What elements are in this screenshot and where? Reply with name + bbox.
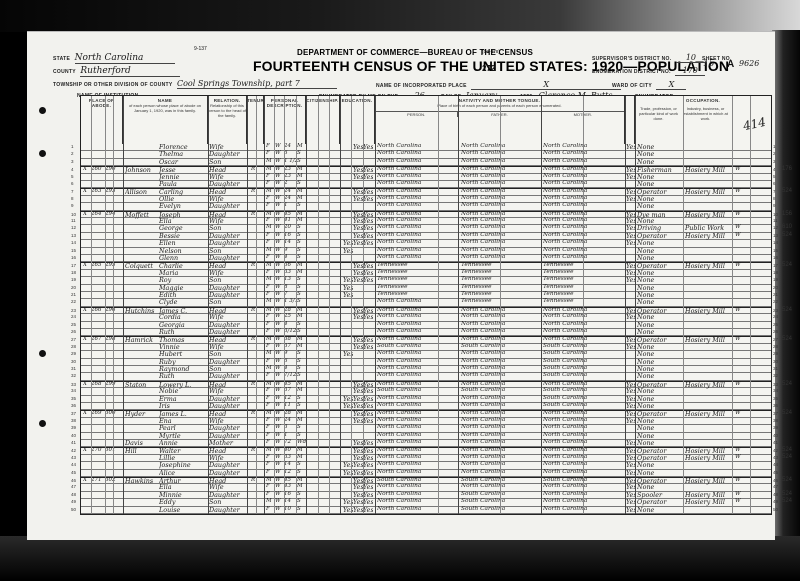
cell-sex: F — [266, 343, 274, 349]
cell-sex: F — [266, 469, 274, 475]
cell-marital: M — [297, 166, 306, 172]
line-number-right: 39 — [773, 425, 778, 430]
cell-father-bp: North Carolina — [461, 254, 533, 260]
cell-relation: Daughter — [209, 254, 246, 262]
occupation-code: 524 — [782, 381, 792, 387]
line-number: 11 — [71, 218, 76, 223]
cell-sex: F — [266, 417, 274, 423]
cell-sex: F — [266, 461, 274, 467]
cell-given: Alice — [159, 469, 207, 477]
cell-marital: M — [297, 262, 306, 268]
cell-class: W — [735, 262, 749, 268]
line-number-right: 10 — [773, 212, 778, 217]
cell-age: 24 — [284, 143, 296, 149]
cell-father-bp: North Carolina — [461, 483, 533, 489]
cell-marital: M — [297, 211, 306, 217]
occupation-code: 524 — [782, 454, 792, 460]
cell-marital: M — [297, 269, 306, 275]
line-number: 49 — [71, 499, 76, 504]
cell-occupation: None — [637, 469, 683, 477]
cell-mother-bp: North Carolina — [543, 239, 615, 245]
education-header: EDUCATION. — [340, 96, 374, 103]
cell-english: Yes — [626, 469, 635, 477]
line-number-right: 37 — [773, 411, 778, 416]
cell-race: W — [275, 291, 283, 297]
cell-industry: Hosiery Mill — [685, 498, 731, 506]
column-divider — [318, 96, 319, 514]
col-group-relation: RELATION.Relationship of this person to … — [208, 96, 247, 144]
line-number: 26 — [71, 329, 76, 334]
cell-mother-bp: South Carolina — [543, 395, 615, 401]
cell-age: 16 — [284, 491, 296, 497]
relation-header: RELATION. — [208, 96, 246, 103]
cell-age: 72 — [284, 439, 296, 445]
line-number: 6 — [71, 181, 74, 186]
cell-mother-bp: North Carolina — [543, 166, 615, 172]
cell-age: 9 — [284, 350, 296, 356]
cell-read: Yes — [353, 469, 363, 477]
cell-age: 40 — [284, 447, 296, 453]
cell-race: W — [275, 328, 283, 334]
cell-relation: Daughter — [209, 402, 246, 410]
cell-race: W — [275, 402, 283, 408]
cell-father-bp: North Carolina — [461, 395, 533, 401]
cell-family: 298 — [105, 336, 119, 342]
cell-father-bp: North Carolina — [461, 410, 533, 416]
cell-english: Yes — [626, 276, 635, 284]
cell-age: 45 — [284, 381, 296, 387]
cell-write: Yes — [363, 143, 373, 151]
cell-family: 299 — [105, 381, 119, 387]
column-divider — [329, 96, 330, 514]
cell-marital: M — [297, 410, 306, 416]
cell-write: Yes — [363, 506, 373, 514]
occupation-code: 524 — [782, 262, 792, 268]
line-number: 44 — [71, 462, 76, 467]
cell-occupation: None — [637, 328, 683, 336]
cell-father-bp: North Carolina — [461, 247, 533, 253]
cell-race: W — [275, 395, 283, 401]
cell-family: 290 — [105, 166, 119, 172]
cell-mark: X — [83, 410, 91, 416]
cell-dwelling: 270 — [91, 447, 105, 453]
cell-given: Glenn — [159, 254, 207, 262]
binding-hole — [39, 107, 46, 114]
cell-father-bp: North Carolina — [461, 454, 533, 460]
cell-class: W — [735, 211, 749, 217]
cell-class: W — [735, 477, 749, 483]
cell-mother-bp: North Carolina — [543, 498, 615, 504]
cell-father-bp: North Carolina — [461, 447, 533, 453]
cell-age: 24 — [284, 195, 296, 201]
line-number-right: 48 — [773, 492, 778, 497]
cell-race: W — [275, 350, 283, 356]
cell-mark: X — [83, 381, 91, 387]
cell-age: 45 — [284, 211, 296, 217]
line-number-right: 26 — [773, 329, 778, 334]
line-number: 45 — [71, 470, 76, 475]
cell-mother-bp: South Carolina — [543, 350, 615, 356]
cell-english: Yes — [626, 343, 635, 351]
cell-mother-bp: North Carolina — [543, 307, 615, 313]
cell-race: W — [275, 381, 283, 387]
cell-marital: M — [297, 188, 306, 194]
cell-father-bp: North Carolina — [461, 313, 533, 319]
line-number-right: 35 — [773, 396, 778, 401]
cell-sex: F — [266, 173, 274, 179]
line-number-right: 14 — [773, 240, 778, 245]
cell-race: W — [275, 313, 283, 319]
cell-sex: F — [266, 284, 274, 290]
cell-mother-bp: North Carolina — [543, 254, 615, 260]
table-row: IrisDaughterFW11SYesYesYesNorth Carolina… — [81, 403, 771, 410]
cell-father-bp: North Carolina — [461, 424, 533, 430]
cell-father-bp: North Carolina — [461, 461, 533, 467]
cell-marital: M — [297, 417, 306, 423]
cell-age: 1 3/12 — [284, 298, 296, 304]
binding-hole — [39, 350, 46, 357]
cell-marital: S — [297, 395, 306, 401]
cell-sex: F — [266, 202, 274, 208]
cell-dwelling: 267 — [91, 336, 105, 342]
column-divider — [458, 96, 459, 514]
line-number: 28 — [71, 344, 76, 349]
cell-marital: S — [297, 232, 306, 238]
cell-dwelling: 260 — [91, 166, 105, 172]
cell-age: 24 — [284, 417, 296, 423]
col-group-citizenship: CITIZENSHIP. — [306, 96, 340, 144]
col-english — [625, 96, 635, 144]
line-number-right: 15 — [773, 248, 778, 253]
cell-sex: F — [266, 432, 274, 438]
column-divider — [750, 96, 751, 514]
cell-race: W — [275, 506, 283, 512]
cell-mother-bp: North Carolina — [543, 180, 615, 186]
cell-marital: S — [297, 328, 306, 334]
cell-dwelling: 269 — [91, 410, 105, 416]
cell-relation: Daughter — [209, 328, 246, 336]
cell-marital: S — [297, 321, 306, 327]
cell-father-bp: North Carolina — [461, 195, 533, 201]
cell-write: Yes — [363, 402, 373, 410]
cell-marital: S — [297, 202, 306, 208]
cell-father-bp: North Carolina — [461, 180, 533, 186]
cell-age: 33 — [284, 454, 296, 460]
cell-dwelling: 271 — [91, 477, 105, 483]
cell-english: Yes — [626, 506, 635, 514]
cell-age: 37 — [284, 387, 296, 393]
cell-family: 302 — [105, 477, 119, 483]
line-number: 14 — [71, 240, 76, 245]
column-divider — [732, 96, 733, 514]
cell-sex: F — [266, 402, 274, 408]
cell-sex: M — [266, 276, 274, 282]
cell-race: W — [275, 483, 283, 489]
page-number: 272 — [482, 64, 495, 73]
cell-father-bp: South Carolina — [461, 491, 533, 497]
scan-dark-border-bottom — [0, 536, 800, 581]
cell-age: 4 — [284, 365, 296, 371]
cell-given: Annie — [159, 439, 207, 447]
cell-sex: F — [266, 232, 274, 238]
cell-age: 2 — [284, 180, 296, 186]
cell-class: W — [735, 336, 749, 342]
line-number: 32 — [71, 373, 76, 378]
cell-sex: M — [266, 410, 274, 416]
cell-father-bp: North Carolina — [461, 224, 533, 230]
cell-given: Evelyn — [159, 202, 207, 210]
cell-marital: M — [297, 195, 306, 201]
cell-marital: S — [297, 284, 306, 290]
column-divider — [113, 96, 114, 514]
cell-sex: M — [266, 224, 274, 230]
column-divider — [208, 96, 209, 514]
cell-marital: M — [297, 483, 306, 489]
table-row: GlennDaughterFW4SNorth CarolinaNorth Car… — [81, 255, 771, 262]
line-number-right: 28 — [773, 344, 778, 349]
cell-mother-bp: South Carolina — [543, 358, 615, 364]
cell-age: 6 — [284, 358, 296, 364]
cell-father-bp: North Carolina — [461, 469, 533, 475]
line-number: 37 — [71, 411, 76, 416]
cell-father-bp: South Carolina — [461, 343, 533, 349]
cell-write: Yes — [363, 195, 373, 203]
cell-father-bp: North Carolina — [461, 202, 533, 208]
cell-age: 14 — [284, 498, 296, 504]
line-number: 8 — [71, 196, 74, 201]
line-number-right: 40 — [773, 433, 778, 438]
cell-occupation: None — [637, 158, 683, 166]
cell-age: 13 — [284, 276, 296, 282]
cell-mother-bp: Tennessee — [543, 269, 615, 275]
cell-class: W — [735, 232, 749, 238]
occupation-code: 524 — [782, 336, 792, 342]
line-number: 46 — [71, 478, 76, 483]
cell-race: W — [275, 195, 283, 201]
cell-family: 296 — [105, 307, 119, 313]
cell-mother-bp: North Carolina — [543, 491, 615, 497]
cell-class: W — [735, 410, 749, 416]
cell-sex: F — [266, 254, 274, 260]
cell-write: Yes — [363, 173, 373, 181]
person-subheader: PERSON. — [375, 112, 458, 117]
cell-race: W — [275, 447, 283, 453]
column-divider — [274, 96, 275, 514]
line-number-right: 5 — [773, 174, 776, 179]
cell-marital: S — [297, 254, 306, 260]
cell-race: W — [275, 254, 283, 260]
cell-race: W — [275, 432, 283, 438]
cell-father-bp: Tennessee — [461, 298, 533, 304]
cell-sex: M — [266, 247, 274, 253]
cell-sex: F — [266, 239, 274, 245]
scan-dark-border-top — [0, 0, 800, 32]
cell-english: Yes — [626, 439, 635, 447]
cell-class: W — [735, 188, 749, 194]
column-divider — [296, 96, 297, 514]
line-number: 24 — [71, 314, 76, 319]
occupation-code: 610 — [782, 224, 792, 230]
stamp-number: 9626 — [739, 59, 759, 68]
cell-father-bp: North Carolina — [461, 372, 533, 378]
cell-race: W — [275, 498, 283, 504]
line-number-right: 9 — [773, 203, 776, 208]
cell-given: Clyde — [159, 298, 207, 306]
cell-family: 295 — [105, 262, 119, 268]
cell-marital: M — [297, 217, 306, 223]
line-number-right: 41 — [773, 440, 778, 445]
line-number: 7 — [71, 189, 74, 194]
cell-given: Ruth — [159, 328, 207, 336]
cell-read: Yes — [353, 506, 363, 514]
cell-age: 38 — [284, 336, 296, 342]
cell-age: 28 — [284, 410, 296, 416]
cell-sex: M — [266, 298, 274, 304]
table-row: LouiseDaughterFW10SYesYesYesNorth Caroli… — [81, 507, 771, 514]
cell-age: 7/12 — [284, 372, 296, 378]
cell-age: 11 — [284, 402, 296, 408]
cell-occupation: None — [637, 254, 683, 262]
occupation-code: 524 — [782, 491, 792, 497]
trade-subheader: Trade, profession, or particular kind of… — [635, 106, 682, 121]
column-divider — [635, 96, 636, 514]
cell-age: 1 1/2 — [284, 158, 296, 164]
cell-marital: S — [297, 350, 306, 356]
cell-sex: F — [266, 491, 274, 497]
cell-age: 45 — [284, 477, 296, 483]
cell-father-bp: Tennessee — [461, 276, 533, 282]
occupation-code: 524 — [782, 307, 792, 313]
tenure-header: TENURE. — [247, 96, 263, 103]
column-divider — [438, 96, 439, 514]
cell-race: W — [275, 461, 283, 467]
name-desc: of each person whose place of abode on J… — [129, 103, 201, 113]
cell-occupation: None — [637, 180, 683, 188]
cell-sex: F — [266, 454, 274, 460]
cell-marital: M — [297, 381, 306, 387]
cell-marital: M — [297, 336, 306, 342]
line-number: 19 — [71, 277, 76, 282]
cell-mother-bp: North Carolina — [543, 424, 615, 430]
cell-race: W — [275, 372, 283, 378]
cell-write: Yes — [363, 439, 373, 447]
line-number-right: 1 — [773, 144, 776, 149]
cell-race: W — [275, 276, 283, 282]
line-number: 41 — [71, 440, 76, 445]
cell-mother-bp: North Carolina — [543, 150, 615, 156]
cell-age: 14 — [284, 461, 296, 467]
column-divider — [105, 96, 106, 514]
cell-mark: X — [83, 188, 91, 194]
cell-sex: F — [266, 143, 274, 149]
cell-mother-bp: North Carolina — [543, 313, 615, 319]
line-number-right: 49 — [773, 499, 778, 504]
cell-race: W — [275, 202, 283, 208]
cell-sex: F — [266, 387, 274, 393]
line-number-right: 4 — [773, 167, 776, 172]
line-number: 23 — [71, 308, 76, 313]
cell-marital: S — [297, 365, 306, 371]
cell-age: 6 — [284, 150, 296, 156]
abode-header: PLACE OF ABODE. — [81, 96, 122, 108]
cell-sex: M — [266, 477, 274, 483]
cell-mother-bp: South Carolina — [543, 402, 615, 408]
sheet-letter: A — [727, 59, 734, 70]
cell-race: W — [275, 410, 283, 416]
column-divider — [256, 96, 257, 514]
cell-occupation: None — [637, 439, 683, 447]
cell-mark: X — [83, 336, 91, 342]
cell-race: W — [275, 269, 283, 275]
cell-age: 1 — [284, 202, 296, 208]
line-number: 4 — [71, 167, 74, 172]
cell-industry: Hosiery Mill — [685, 454, 731, 462]
cell-father-bp: North Carolina — [461, 158, 533, 164]
cell-race: W — [275, 224, 283, 230]
line-number-right: 36 — [773, 403, 778, 408]
cell-race: W — [275, 284, 283, 290]
cell-age: 9 — [284, 247, 296, 253]
line-number-right: 46 — [773, 478, 778, 483]
occupation-code: 524 — [782, 447, 792, 453]
cell-mother-bp: North Carolina — [543, 506, 615, 512]
cell-mother-bp: North Carolina — [543, 247, 615, 253]
cell-dwelling: 265 — [91, 262, 105, 268]
cell-class: W — [735, 447, 749, 453]
line-number: 29 — [71, 351, 76, 356]
cell-mother-bp: North Carolina — [543, 217, 615, 223]
cell-marital: M — [297, 313, 306, 319]
line-number: 31 — [71, 366, 76, 371]
cell-sex: M — [266, 381, 274, 387]
cell-age: 14 — [284, 239, 296, 245]
form-code: (D1-878) — [482, 49, 500, 54]
cell-sex: M — [266, 166, 274, 172]
line-number-right: 33 — [773, 382, 778, 387]
cell-sex: M — [266, 211, 274, 217]
cell-marital: S — [297, 291, 306, 297]
cell-sex: F — [266, 372, 274, 378]
cell-class: W — [735, 381, 749, 387]
occupation-code: 176 — [782, 166, 792, 172]
table-row: AliceDaughterFW12SYesYesYesNorth Carolin… — [81, 470, 771, 477]
cell-marital: M — [297, 343, 306, 349]
line-number-right: 6 — [773, 181, 776, 186]
ward-value: X — [656, 80, 686, 90]
cell-mother-bp: South Carolina — [543, 387, 615, 393]
cell-sex: F — [266, 506, 274, 512]
cell-age: 12 — [284, 469, 296, 475]
cell-race: W — [275, 239, 283, 245]
cell-age: 23 — [284, 173, 296, 179]
line-number: 20 — [71, 285, 76, 290]
line-number: 34 — [71, 388, 76, 393]
cell-race: W — [275, 424, 283, 430]
cell-mother-bp: Tennessee — [543, 276, 615, 282]
cell-mark: X — [83, 307, 91, 313]
citizenship-header: CITIZENSHIP. — [306, 96, 339, 103]
line-number-right: 13 — [773, 233, 778, 238]
line-number: 38 — [71, 418, 76, 423]
cell-class: W — [735, 166, 749, 172]
cell-mother-bp: North Carolina — [543, 202, 615, 208]
cell-age: 3/12 — [284, 328, 296, 334]
cell-english: Yes — [626, 173, 635, 181]
line-number-right: 11 — [773, 218, 778, 223]
ward-label: WARD OF CITY — [612, 83, 652, 89]
cell-read: Yes — [353, 343, 363, 351]
table-row: RuthDaughterFW3/12SNorth CarolinaNorth C… — [81, 329, 771, 336]
